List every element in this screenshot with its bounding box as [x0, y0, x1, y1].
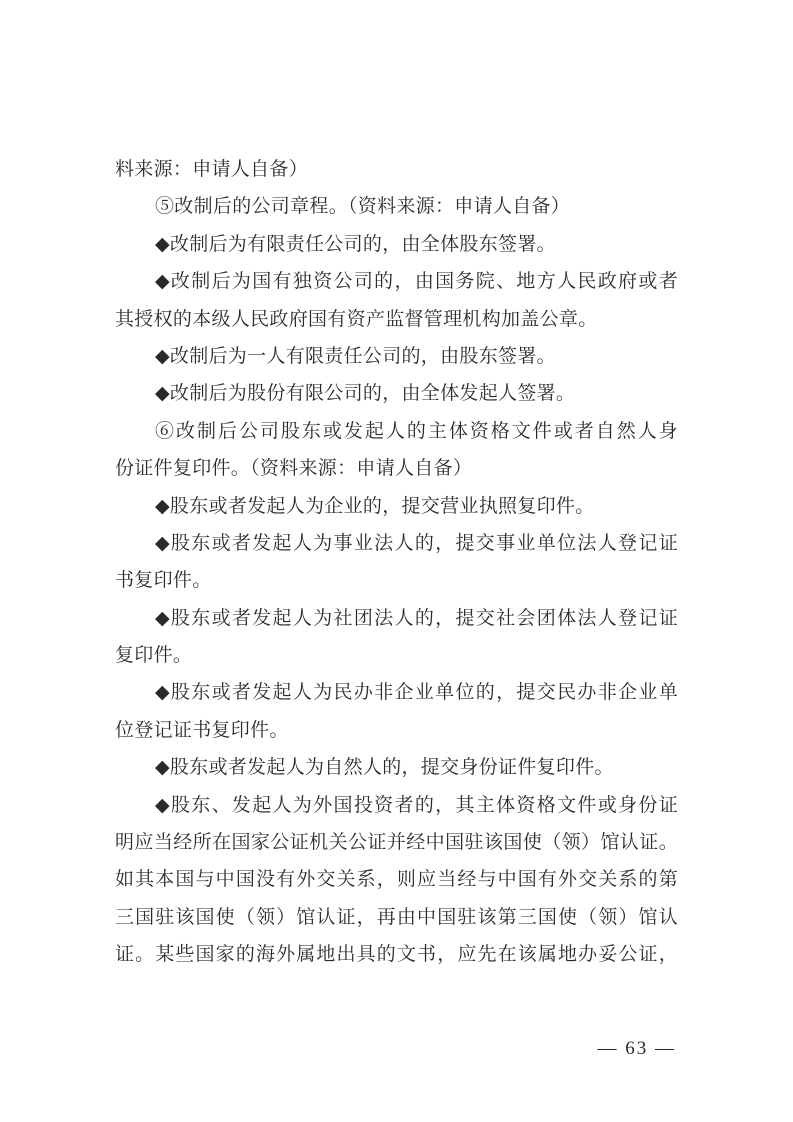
text-line: ◆股东或者发起人为民办非企业单位的，提交民办非企业单: [115, 674, 678, 711]
text-line: ◆改制后为股份有限公司的，由全体发起人签署。: [115, 375, 678, 412]
page-number: — 63 —: [598, 1038, 677, 1060]
text-line: 位登记证书复印件。: [115, 712, 678, 749]
text-line: ◆股东或者发起人为事业法人的，提交事业单位法人登记证: [115, 525, 678, 562]
text-line: ◆改制后为国有独资公司的，由国务院、地方人民政府或者: [115, 263, 678, 300]
text-line: ◆改制后为有限责任公司的，由全体股东签署。: [115, 226, 678, 263]
text-line: ◆股东或者发起人为自然人的，提交身份证件复印件。: [115, 749, 678, 786]
text-line: 复印件。: [115, 637, 678, 674]
text-line: 三国驻该国使（领）馆认证，再由中国驻该第三国使（领）馆认: [115, 899, 678, 936]
text-line: 如其本国与中国没有外交关系，则应当经与中国有外交关系的第: [115, 861, 678, 898]
document-text-block: 料来源：申请人自备）⑤改制后的公司章程。（资料来源：申请人自备）◆改制后为有限责…: [115, 151, 678, 974]
text-line: 其授权的本级人民政府国有资产监督管理机构加盖公章。: [115, 301, 678, 338]
text-line: ◆股东或者发起人为社团法人的，提交社会团体法人登记证: [115, 600, 678, 637]
text-line: ◆改制后为一人有限责任公司的，由股东签署。: [115, 338, 678, 375]
text-line: ◆股东、发起人为外国投资者的，其主体资格文件或身份证: [115, 787, 678, 824]
text-line: 证。某些国家的海外属地出具的文书，应先在该属地办妥公证，: [115, 936, 678, 973]
text-line: 份证件复印件。（资料来源：申请人自备）: [115, 450, 678, 487]
text-line: 书复印件。: [115, 562, 678, 599]
document-page: 料来源：申请人自备）⑤改制后的公司章程。（资料来源：申请人自备）◆改制后为有限责…: [0, 0, 793, 1122]
text-line: ⑤改制后的公司章程。（资料来源：申请人自备）: [115, 188, 678, 225]
text-line: ◆股东或者发起人为企业的，提交营业执照复印件。: [115, 488, 678, 525]
text-line: 明应当经所在国家公证机关公证并经中国驻该国使（领）馆认证。: [115, 824, 678, 861]
text-line: ⑥改制后公司股东或发起人的主体资格文件或者自然人身: [115, 413, 678, 450]
text-line: 料来源：申请人自备）: [115, 151, 678, 188]
